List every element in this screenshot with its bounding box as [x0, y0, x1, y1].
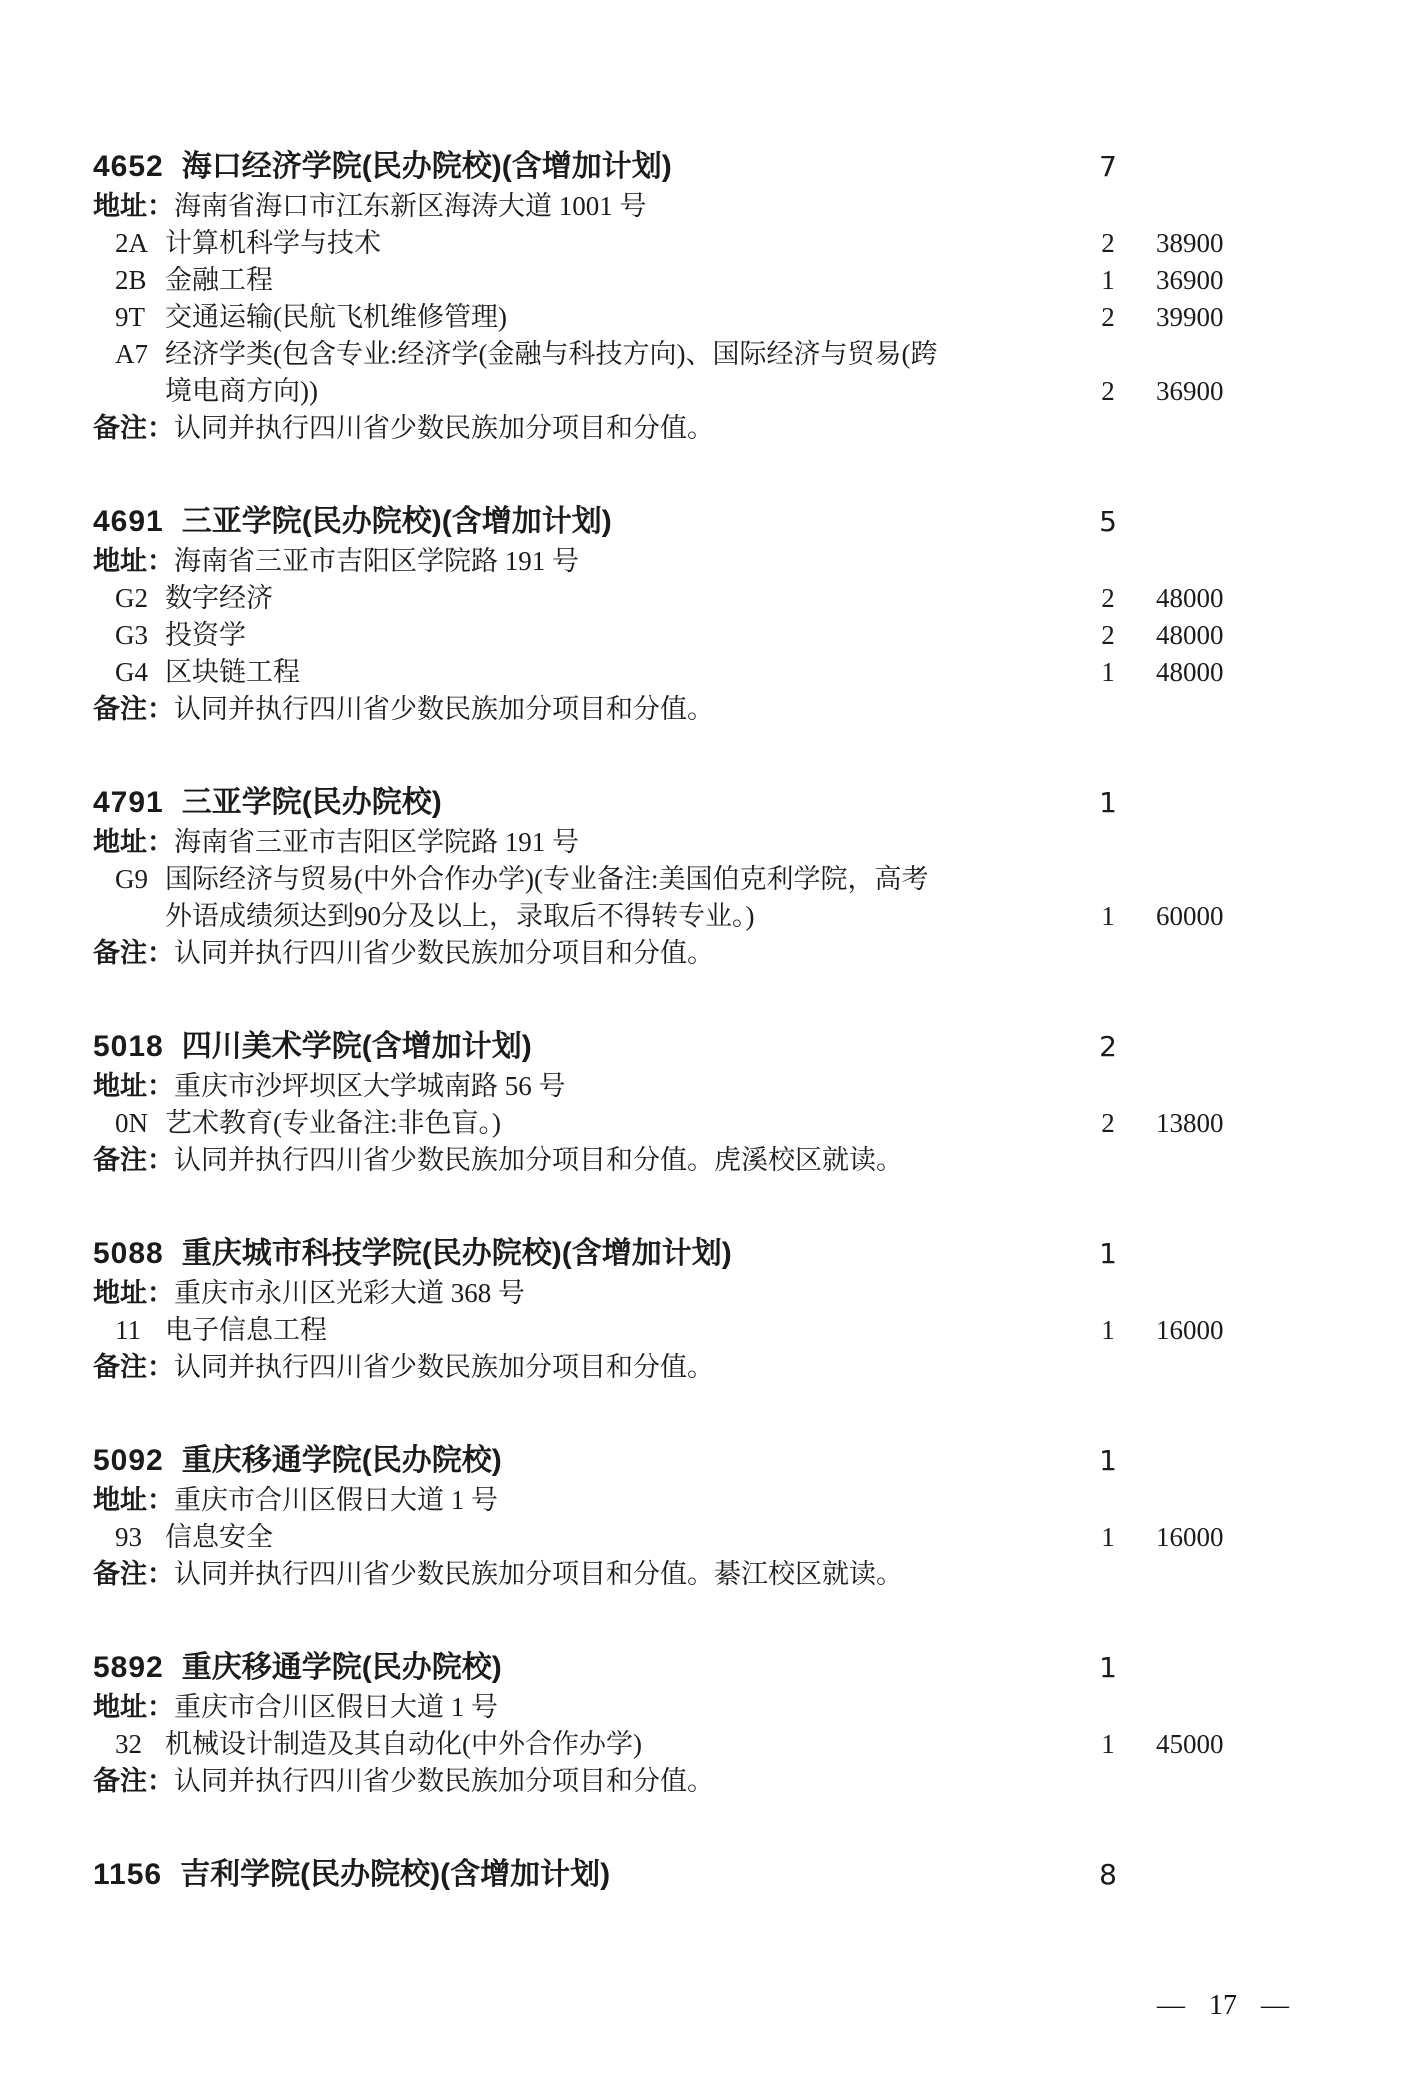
school-remark-row: 备注：认同并执行四川省少数民族加分项目和分值。	[93, 691, 1419, 728]
school-plan-count: 5	[1078, 501, 1138, 543]
school-name: 吉利学院(民办院校)(含增加计划)	[180, 1858, 610, 1891]
school-plan-count: 1	[1078, 1647, 1138, 1689]
school-remark-row: 备注：认同并执行四川省少数民族加分项目和分值。	[93, 1349, 1419, 1386]
school-address-row: 地址：重庆市合川区假日大道 1 号	[93, 1482, 1419, 1519]
school-remark-text-wrap: 备注：认同并执行四川省少数民族加分项目和分值。虎溪校区就读。	[93, 1142, 1053, 1179]
major-plan-count: 2	[1078, 1105, 1138, 1142]
majors: G2数字经济 2 48000 G3投资学 2 48000 G4区块链工程 1 4…	[93, 580, 1419, 691]
major-text: G4区块链工程	[93, 654, 1125, 691]
school-address-row: 地址：海南省三亚市吉阳区学院路 191 号	[93, 543, 1419, 580]
footer-left-dash: —	[1157, 1990, 1185, 2022]
school-address-row: 地址：海南省三亚市吉阳区学院路 191 号	[93, 824, 1419, 861]
major-plan-count: 1	[1078, 262, 1138, 299]
remark-text: 认同并执行四川省少数民族加分项目和分值。	[174, 694, 714, 724]
school-remark-text-wrap: 备注：认同并执行四川省少数民族加分项目和分值。	[93, 1349, 1053, 1386]
major-code: G3	[115, 617, 165, 654]
school-name: 四川美术学院(含增加计划)	[182, 1030, 532, 1063]
school-remark-text-wrap: 备注：认同并执行四川省少数民族加分项目和分值。	[93, 1763, 1053, 1800]
major-tuition: 39900	[1156, 299, 1286, 336]
remark-text: 认同并执行四川省少数民族加分项目和分值。	[174, 413, 714, 443]
major-name: 机械设计制造及其自动化(中外合作办学)	[165, 1729, 642, 1759]
remark-label: 备注：	[93, 1559, 174, 1589]
school-remark-text-wrap: 备注：认同并执行四川省少数民族加分项目和分值。綦江校区就读。	[93, 1556, 1053, 1593]
school-name: 三亚学院(民办院校)(含增加计划)	[182, 505, 612, 538]
school-code: 5092	[93, 1444, 164, 1477]
remark-label: 备注：	[93, 694, 174, 724]
major-tuition: 60000	[1156, 898, 1286, 935]
majors: 11电子信息工程 1 16000	[93, 1312, 1419, 1349]
school-plan-count: 1	[1078, 782, 1138, 824]
major-plan-count: 1	[1078, 898, 1138, 935]
majors: G9国际经济与贸易(中外合作办学)(专业备注:美国伯克利学院，高考 外语成绩须达…	[93, 861, 1419, 935]
school-name: 重庆移通学院(民办院校)	[182, 1651, 502, 1684]
school-code: 4652	[93, 150, 164, 183]
major-row: G3投资学 2 48000	[93, 617, 1419, 654]
remark-label: 备注：	[93, 938, 174, 968]
major-plan-count: 1	[1078, 1312, 1138, 1349]
school-title-row: 5088重庆城市科技学院(民办院校)(含增加计划) 1	[93, 1233, 1419, 1275]
school-plan-count: 8	[1078, 1854, 1138, 1896]
major-plan-count: 2	[1078, 299, 1138, 336]
major-plan-count: 1	[1078, 654, 1138, 691]
major-name: 经济学类(包含专业:经济学(金融与科技方向)、国际经济与贸易(跨 境电商方向))	[165, 339, 937, 406]
major-code: 93	[115, 1519, 165, 1556]
school-list: 4652海口经济学院(民办院校)(含增加计划) 7 地址：海南省海口市江东新区海…	[93, 146, 1419, 1950]
school-remark-row: 备注：认同并执行四川省少数民族加分项目和分值。	[93, 935, 1419, 972]
school-title-row: 4652海口经济学院(民办院校)(含增加计划) 7	[93, 146, 1419, 188]
major-row: 2B金融工程 1 36900	[93, 262, 1419, 299]
major-text: 93信息安全	[93, 1519, 1125, 1556]
major-name: 信息安全	[165, 1522, 273, 1552]
school-address-row: 地址：重庆市永川区光彩大道 368 号	[93, 1275, 1419, 1312]
school-remark-text-wrap: 备注：认同并执行四川省少数民族加分项目和分值。	[93, 935, 1053, 972]
major-code: 9T	[115, 299, 165, 336]
major-tuition: 48000	[1156, 617, 1286, 654]
school-code: 5088	[93, 1237, 164, 1270]
address-text: 重庆市合川区假日大道 1 号	[174, 1692, 498, 1722]
major-code: G9	[115, 861, 165, 898]
footer-right-dash: —	[1261, 1990, 1289, 2022]
major-row: 32机械设计制造及其自动化(中外合作办学) 1 45000	[93, 1726, 1419, 1763]
major-name: 电子信息工程	[165, 1315, 327, 1345]
major-row: 9T交通运输(民航飞机维修管理) 2 39900	[93, 299, 1419, 336]
major-text: G3投资学	[93, 617, 1125, 654]
remark-text: 认同并执行四川省少数民族加分项目和分值。	[174, 1766, 714, 1796]
school-address-text-wrap: 地址：重庆市合川区假日大道 1 号	[93, 1482, 1053, 1519]
major-text: A7经济学类(包含专业:经济学(金融与科技方向)、国际经济与贸易(跨 境电商方向…	[93, 336, 1125, 410]
school-block: 5892重庆移通学院(民办院校) 1 地址：重庆市合川区假日大道 1 号 32机…	[93, 1647, 1419, 1800]
address-text: 重庆市沙坪坝区大学城南路 56 号	[174, 1071, 566, 1101]
school-address-text-wrap: 地址：海南省海口市江东新区海涛大道 1001 号	[93, 188, 1053, 225]
school-remark-text-wrap: 备注：认同并执行四川省少数民族加分项目和分值。	[93, 410, 1053, 447]
school-title-text: 4791三亚学院(民办院校)	[93, 782, 1053, 824]
school-code: 5892	[93, 1651, 164, 1684]
address-label: 地址：	[93, 1692, 174, 1722]
major-code: 2A	[115, 225, 165, 262]
school-block: 5088重庆城市科技学院(民办院校)(含增加计划) 1 地址：重庆市永川区光彩大…	[93, 1233, 1419, 1386]
major-code: A7	[115, 336, 165, 373]
address-label: 地址：	[93, 546, 174, 576]
major-tuition: 16000	[1156, 1519, 1286, 1556]
school-remark-row: 备注：认同并执行四川省少数民族加分项目和分值。綦江校区就读。	[93, 1556, 1419, 1593]
school-remark-row: 备注：认同并执行四川省少数民族加分项目和分值。虎溪校区就读。	[93, 1142, 1419, 1179]
school-name: 海口经济学院(民办院校)(含增加计划)	[182, 150, 672, 183]
address-text: 重庆市合川区假日大道 1 号	[174, 1485, 498, 1515]
address-text: 重庆市永川区光彩大道 368 号	[174, 1278, 525, 1308]
address-text: 海南省海口市江东新区海涛大道 1001 号	[174, 191, 647, 221]
school-remark-row: 备注：认同并执行四川省少数民族加分项目和分值。	[93, 1763, 1419, 1800]
school-code: 5018	[93, 1030, 164, 1063]
major-tuition: 38900	[1156, 225, 1286, 262]
school-block: 5092重庆移通学院(民办院校) 1 地址：重庆市合川区假日大道 1 号 93信…	[93, 1440, 1419, 1593]
school-title-text: 5892重庆移通学院(民办院校)	[93, 1647, 1053, 1689]
school-title-text: 5092重庆移通学院(民办院校)	[93, 1440, 1053, 1482]
school-code: 4791	[93, 786, 164, 819]
school-title-text: 5088重庆城市科技学院(民办院校)(含增加计划)	[93, 1233, 1053, 1275]
school-name: 重庆移通学院(民办院校)	[182, 1444, 502, 1477]
major-plan-count: 2	[1078, 617, 1138, 654]
school-name: 三亚学院(民办院校)	[182, 786, 442, 819]
address-label: 地址：	[93, 1485, 174, 1515]
school-block: 5018四川美术学院(含增加计划) 2 地址：重庆市沙坪坝区大学城南路 56 号…	[93, 1026, 1419, 1179]
major-tuition: 13800	[1156, 1105, 1286, 1142]
major-row: G2数字经济 2 48000	[93, 580, 1419, 617]
page-footer: — 17 —	[1157, 1990, 1289, 2022]
major-code: 32	[115, 1726, 165, 1763]
major-row: 93信息安全 1 16000	[93, 1519, 1419, 1556]
major-plan-count: 1	[1078, 1519, 1138, 1556]
remark-label: 备注：	[93, 1145, 174, 1175]
remark-text: 认同并执行四川省少数民族加分项目和分值。綦江校区就读。	[174, 1559, 903, 1589]
school-plan-count: 7	[1078, 146, 1138, 188]
major-tuition: 36900	[1156, 373, 1286, 410]
major-name: 金融工程	[165, 265, 273, 295]
school-plan-count: 2	[1078, 1026, 1138, 1068]
major-plan-count: 2	[1078, 580, 1138, 617]
school-address-text-wrap: 地址：海南省三亚市吉阳区学院路 191 号	[93, 543, 1053, 580]
major-tuition: 36900	[1156, 262, 1286, 299]
major-text: G9国际经济与贸易(中外合作办学)(专业备注:美国伯克利学院，高考 外语成绩须达…	[93, 861, 1125, 935]
address-label: 地址：	[93, 1071, 174, 1101]
remark-label: 备注：	[93, 1766, 174, 1796]
remark-label: 备注：	[93, 1352, 174, 1382]
major-name: 国际经济与贸易(中外合作办学)(专业备注:美国伯克利学院，高考 外语成绩须达到9…	[165, 864, 928, 931]
major-tuition: 48000	[1156, 580, 1286, 617]
address-label: 地址：	[93, 827, 174, 857]
major-tuition: 45000	[1156, 1726, 1286, 1763]
school-address-row: 地址：海南省海口市江东新区海涛大道 1001 号	[93, 188, 1419, 225]
major-code: G2	[115, 580, 165, 617]
major-name: 计算机科学与技术	[165, 228, 381, 258]
school-title-row: 4691三亚学院(民办院校)(含增加计划) 5	[93, 501, 1419, 543]
school-title-row: 5092重庆移通学院(民办院校) 1	[93, 1440, 1419, 1482]
major-name: 区块链工程	[165, 657, 300, 687]
major-text: 9T交通运输(民航飞机维修管理)	[93, 299, 1125, 336]
major-row: 2A计算机科学与技术 2 38900	[93, 225, 1419, 262]
majors: 93信息安全 1 16000	[93, 1519, 1419, 1556]
major-name: 数字经济	[165, 583, 273, 613]
school-block: 4691三亚学院(民办院校)(含增加计划) 5 地址：海南省三亚市吉阳区学院路 …	[93, 501, 1419, 728]
major-row: 11电子信息工程 1 16000	[93, 1312, 1419, 1349]
major-plan-count: 2	[1078, 225, 1138, 262]
address-label: 地址：	[93, 1278, 174, 1308]
school-title-row: 1156吉利学院(民办院校)(含增加计划) 8	[93, 1854, 1419, 1896]
majors: 2A计算机科学与技术 2 38900 2B金融工程 1 36900 9T交通运输…	[93, 225, 1419, 410]
major-text: 0N艺术教育(专业备注:非色盲。)	[93, 1105, 1125, 1142]
major-text: 2A计算机科学与技术	[93, 225, 1125, 262]
school-name: 重庆城市科技学院(民办院校)(含增加计划)	[182, 1237, 732, 1270]
major-plan-count: 1	[1078, 1726, 1138, 1763]
school-title-row: 4791三亚学院(民办院校) 1	[93, 782, 1419, 824]
school-block: 4791三亚学院(民办院校) 1 地址：海南省三亚市吉阳区学院路 191 号 G…	[93, 782, 1419, 972]
address-label: 地址：	[93, 191, 174, 221]
major-text: 11电子信息工程	[93, 1312, 1125, 1349]
major-name: 投资学	[165, 620, 246, 650]
school-address-row: 地址：重庆市合川区假日大道 1 号	[93, 1689, 1419, 1726]
major-text: G2数字经济	[93, 580, 1125, 617]
school-block: 1156吉利学院(民办院校)(含增加计划) 8	[93, 1854, 1419, 1896]
school-address-text-wrap: 地址：重庆市沙坪坝区大学城南路 56 号	[93, 1068, 1053, 1105]
school-title-row: 5018四川美术学院(含增加计划) 2	[93, 1026, 1419, 1068]
school-code: 1156	[93, 1858, 162, 1891]
school-address-text-wrap: 地址：海南省三亚市吉阳区学院路 191 号	[93, 824, 1053, 861]
major-tuition: 16000	[1156, 1312, 1286, 1349]
major-code: 2B	[115, 262, 165, 299]
major-row: A7经济学类(包含专业:经济学(金融与科技方向)、国际经济与贸易(跨 境电商方向…	[93, 336, 1419, 410]
school-title-text: 4652海口经济学院(民办院校)(含增加计划)	[93, 146, 1053, 188]
major-text: 2B金融工程	[93, 262, 1125, 299]
address-text: 海南省三亚市吉阳区学院路 191 号	[174, 827, 579, 857]
school-plan-count: 1	[1078, 1233, 1138, 1275]
school-address-text-wrap: 地址：重庆市合川区假日大道 1 号	[93, 1689, 1053, 1726]
school-title-text: 5018四川美术学院(含增加计划)	[93, 1026, 1053, 1068]
school-remark-text-wrap: 备注：认同并执行四川省少数民族加分项目和分值。	[93, 691, 1053, 728]
major-row: G9国际经济与贸易(中外合作办学)(专业备注:美国伯克利学院，高考 外语成绩须达…	[93, 861, 1419, 935]
school-block: 4652海口经济学院(民办院校)(含增加计划) 7 地址：海南省海口市江东新区海…	[93, 146, 1419, 447]
major-tuition: 48000	[1156, 654, 1286, 691]
school-title-text: 4691三亚学院(民办院校)(含增加计划)	[93, 501, 1053, 543]
remark-label: 备注：	[93, 413, 174, 443]
school-title-row: 5892重庆移通学院(民办院校) 1	[93, 1647, 1419, 1689]
school-plan-count: 1	[1078, 1440, 1138, 1482]
major-name: 艺术教育(专业备注:非色盲。)	[165, 1108, 501, 1138]
school-address-text-wrap: 地址：重庆市永川区光彩大道 368 号	[93, 1275, 1053, 1312]
major-code: 11	[115, 1312, 165, 1349]
remark-text: 认同并执行四川省少数民族加分项目和分值。	[174, 938, 714, 968]
school-code: 4691	[93, 505, 164, 538]
majors: 0N艺术教育(专业备注:非色盲。) 2 13800	[93, 1105, 1419, 1142]
major-text: 32机械设计制造及其自动化(中外合作办学)	[93, 1726, 1125, 1763]
school-remark-row: 备注：认同并执行四川省少数民族加分项目和分值。	[93, 410, 1419, 447]
major-row: 0N艺术教育(专业备注:非色盲。) 2 13800	[93, 1105, 1419, 1142]
remark-text: 认同并执行四川省少数民族加分项目和分值。虎溪校区就读。	[174, 1145, 903, 1175]
major-name: 交通运输(民航飞机维修管理)	[165, 302, 507, 332]
page-number: 17	[1209, 1990, 1237, 2022]
major-code: G4	[115, 654, 165, 691]
major-row: G4区块链工程 1 48000	[93, 654, 1419, 691]
school-address-row: 地址：重庆市沙坪坝区大学城南路 56 号	[93, 1068, 1419, 1105]
major-code: 0N	[115, 1105, 165, 1142]
remark-text: 认同并执行四川省少数民族加分项目和分值。	[174, 1352, 714, 1382]
majors: 32机械设计制造及其自动化(中外合作办学) 1 45000	[93, 1726, 1419, 1763]
school-title-text: 1156吉利学院(民办院校)(含增加计划)	[93, 1854, 1053, 1896]
address-text: 海南省三亚市吉阳区学院路 191 号	[174, 546, 579, 576]
major-plan-count: 2	[1078, 373, 1138, 410]
